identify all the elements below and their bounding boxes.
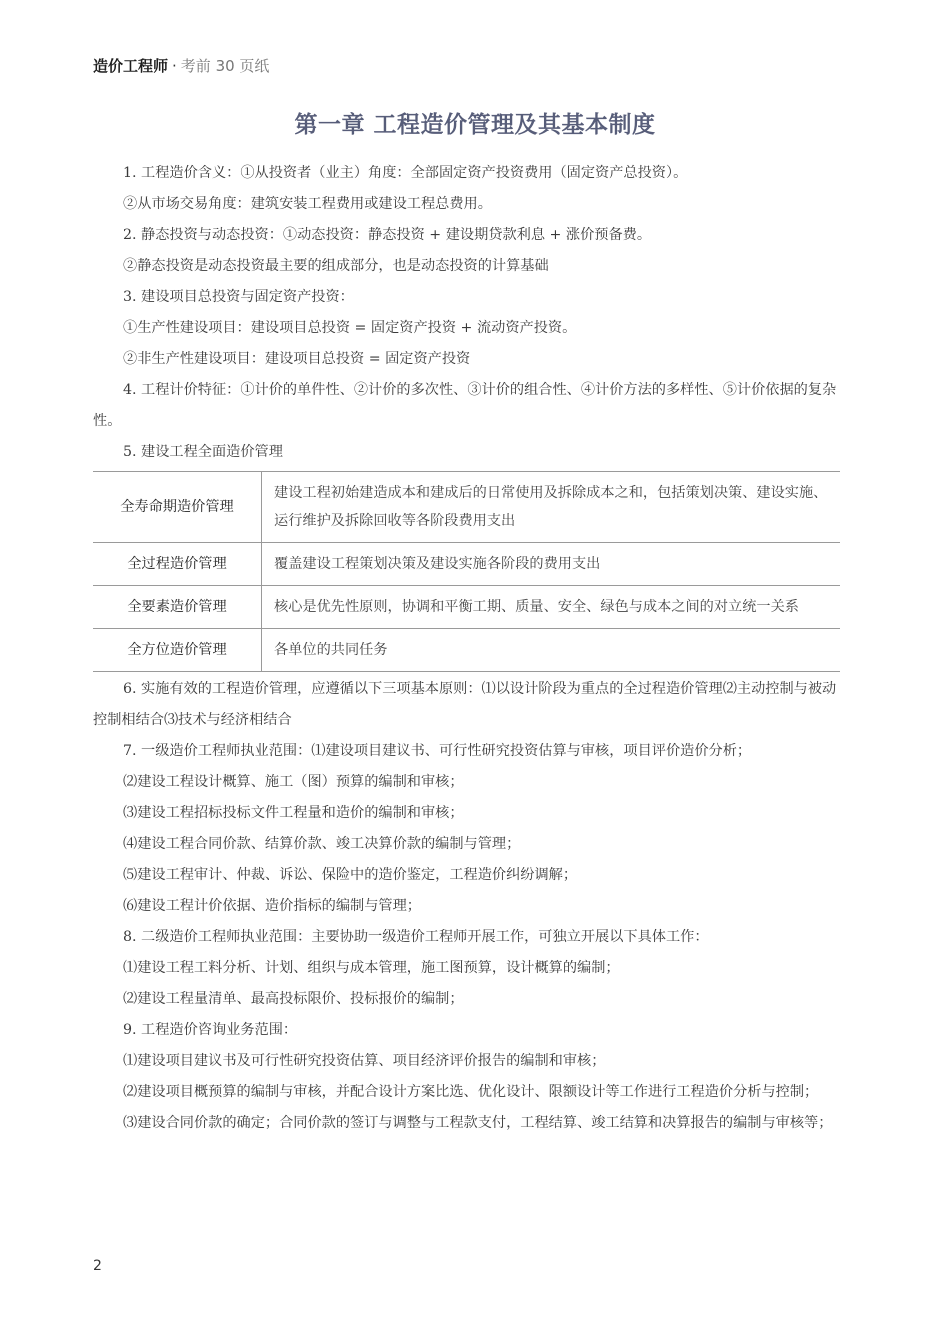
paragraph: ⑶建设合同价款的确定；合同价款的签订与调整与工程款支付，工程结算、竣工结算和决算… xyxy=(93,1108,840,1139)
paragraph: 5. 建设工程全面造价管理 xyxy=(93,437,840,468)
chapter-title: 第一章 工程造价管理及其基本制度 xyxy=(0,106,950,139)
paragraph: ⑵建设项目概预算的编制与审核，并配合设计方案比选、优化设计、限额设计等工作进行工… xyxy=(93,1077,840,1108)
paragraph: ②静态投资是动态投资最主要的组成部分，也是动态投资的计算基础 xyxy=(93,251,840,282)
paragraph: 6. 实施有效的工程造价管理，应遵循以下三项基本原则：⑴以设计阶段为重点的全过程… xyxy=(93,674,840,736)
paragraph: ⑸建设工程审计、仲裁、诉讼、保险中的造价鉴定，工程造价纠纷调解； xyxy=(93,860,840,891)
table-row: 全方位造价管理 各单位的共同任务 xyxy=(93,629,840,672)
table-value-cell: 核心是优先性原则，协调和平衡工期、质量、安全、绿色与成本之间的对立统一关系 xyxy=(262,586,841,629)
paragraph: 2. 静态投资与动态投资：①动态投资：静态投资 + 建设期贷款利息 + 涨价预备… xyxy=(93,220,840,251)
table-row: 全要素造价管理 核心是优先性原则，协调和平衡工期、质量、安全、绿色与成本之间的对… xyxy=(93,586,840,629)
header-subtitle: 考前 30 页纸 xyxy=(181,57,270,75)
paragraph: ⑴建设项目建议书及可行性研究投资估算、项目经济评价报告的编制和审核； xyxy=(93,1046,840,1077)
paragraph: 8. 二级造价工程师执业范围：主要协助一级造价工程师开展工作，可独立开展以下具体… xyxy=(93,922,840,953)
paragraph: ⑷建设工程合同价款、结算价款、竣工决算价款的编制与管理； xyxy=(93,829,840,860)
table-value-cell: 覆盖建设工程策划决策及建设实施各阶段的费用支出 xyxy=(262,543,841,586)
table-value-cell: 各单位的共同任务 xyxy=(262,629,841,672)
table-key-cell: 全寿命期造价管理 xyxy=(93,472,262,543)
table-key-cell: 全过程造价管理 xyxy=(93,543,262,586)
document-body: 1. 工程造价含义：①从投资者（业主）角度：全部固定资产投资费用（固定资产总投资… xyxy=(93,158,840,1139)
paragraph: 1. 工程造价含义：①从投资者（业主）角度：全部固定资产投资费用（固定资产总投资… xyxy=(93,158,840,189)
paragraph: ⑵建设工程设计概算、施工（图）预算的编制和审核； xyxy=(93,767,840,798)
paragraph: ②从市场交易角度：建筑安装工程费用或建设工程总费用。 xyxy=(93,189,840,220)
paragraph: ①生产性建设项目：建设项目总投资 = 固定资产投资 + 流动资产投资。 xyxy=(93,313,840,344)
table-row: 全寿命期造价管理 建设工程初始建造成本和建成后的日常使用及拆除成本之和，包括策划… xyxy=(93,472,840,543)
paragraph: ⑵建设工程量清单、最高投标限价、投标报价的编制； xyxy=(93,984,840,1015)
paragraph: ⑴建设工程工料分析、计划、组织与成本管理，施工图预算，设计概算的编制； xyxy=(93,953,840,984)
paragraphs-after-table: 6. 实施有效的工程造价管理，应遵循以下三项基本原则：⑴以设计阶段为重点的全过程… xyxy=(93,674,840,1139)
header-separator: · xyxy=(172,57,177,75)
table-row: 全过程造价管理 覆盖建设工程策划决策及建设实施各阶段的费用支出 xyxy=(93,543,840,586)
paragraph: 9. 工程造价咨询业务范围： xyxy=(93,1015,840,1046)
paragraph: 3. 建设项目总投资与固定资产投资： xyxy=(93,282,840,313)
table-key-cell: 全要素造价管理 xyxy=(93,586,262,629)
page-number: 2 xyxy=(93,1258,102,1274)
table-value-cell: 建设工程初始建造成本和建成后的日常使用及拆除成本之和，包括策划决策、建设实施、运… xyxy=(262,472,841,543)
header-series: 造价工程师 xyxy=(93,57,168,75)
cost-management-table: 全寿命期造价管理 建设工程初始建造成本和建成后的日常使用及拆除成本之和，包括策划… xyxy=(93,471,840,672)
paragraph: ⑶建设工程招标投标文件工程量和造价的编制和审核； xyxy=(93,798,840,829)
paragraph: ②非生产性建设项目：建设项目总投资 = 固定资产投资 xyxy=(93,344,840,375)
table-key-cell: 全方位造价管理 xyxy=(93,629,262,672)
paragraph: 4. 工程计价特征：①计价的单件性、②计价的多次性、③计价的组合性、④计价方法的… xyxy=(93,375,840,437)
paragraph: ⑹建设工程计价依据、造价指标的编制与管理； xyxy=(93,891,840,922)
paragraph: 7. 一级造价工程师执业范围：⑴建设项目建议书、可行性研究投资估算与审核，项目评… xyxy=(93,736,840,767)
running-header: 造价工程师·考前 30 页纸 xyxy=(93,55,269,76)
